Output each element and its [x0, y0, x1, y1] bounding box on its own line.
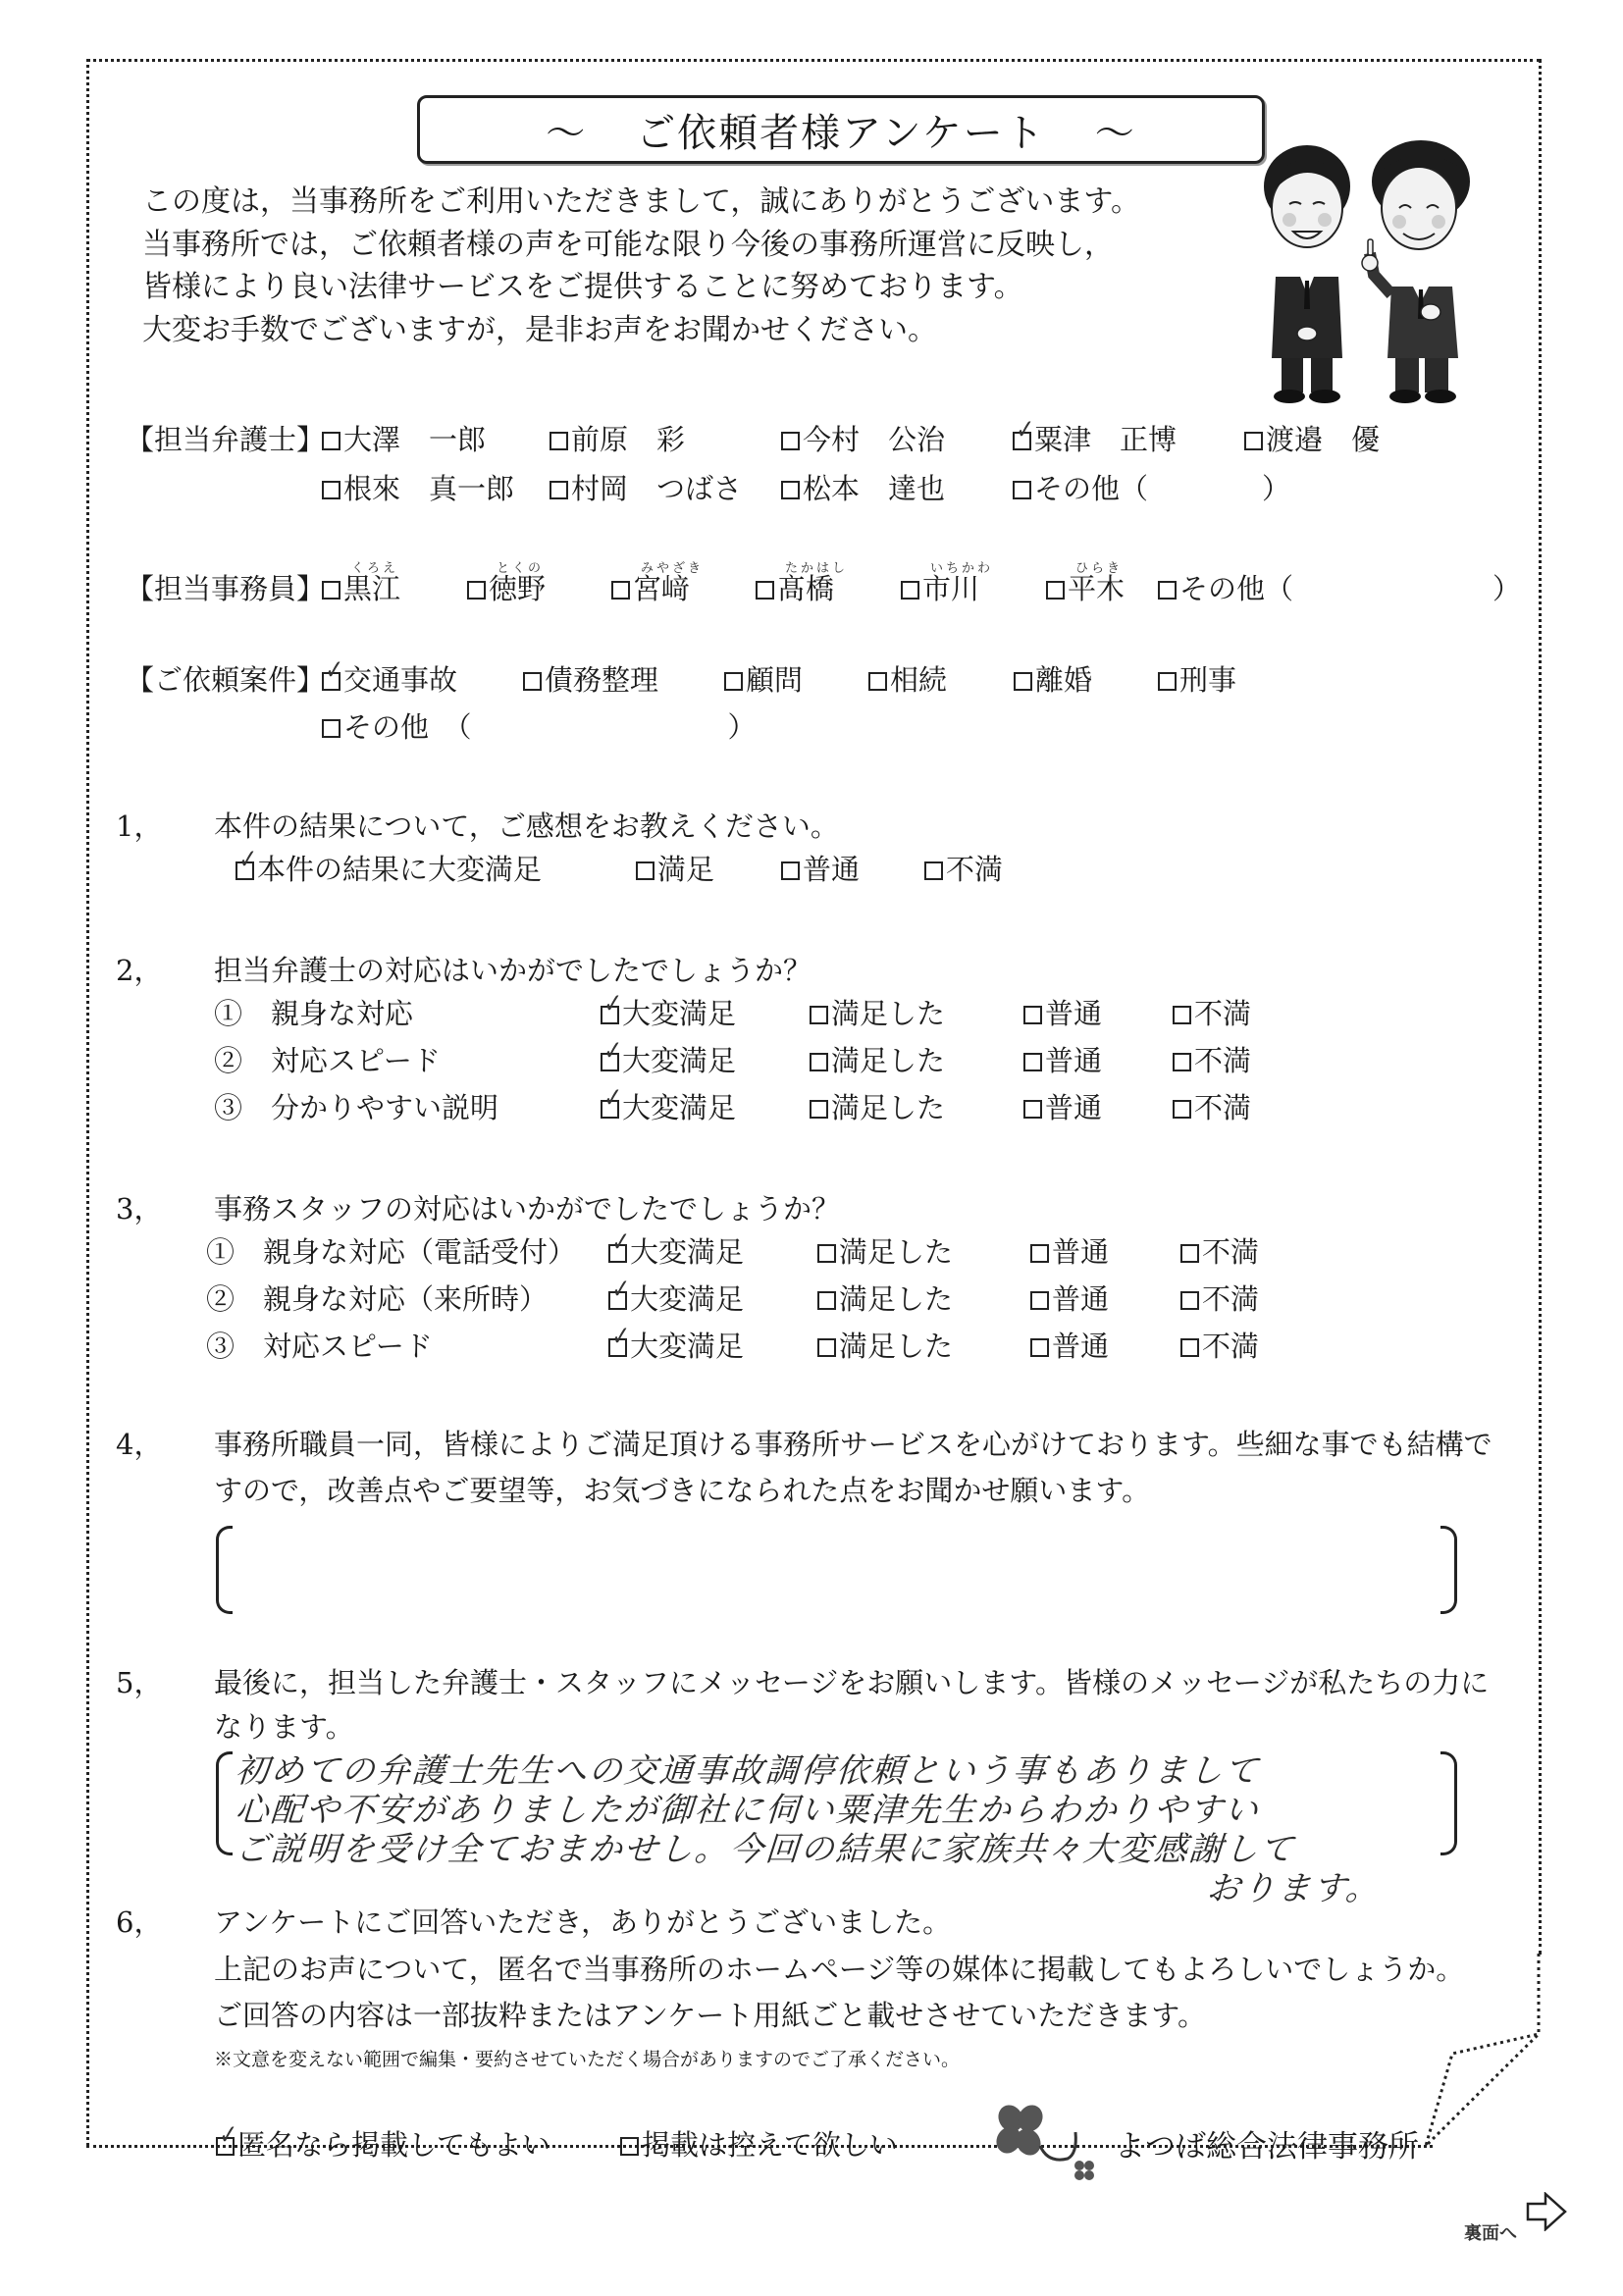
q2-option[interactable]: 満足した — [810, 1043, 945, 1078]
intro-paragraph: この度は，当事務所をご利用いただきまして，誠にありがとうございます。 当事務所で… — [142, 181, 1140, 351]
q5-answer-line: ご説明を受け全ておまかせし。今回の結果に家族共々大変感謝して — [234, 1822, 1296, 1870]
checkbox[interactable] — [1013, 481, 1031, 499]
checkbox[interactable] — [1173, 1100, 1191, 1119]
q3-option[interactable]: 不満 — [1180, 1281, 1259, 1317]
clover-icon — [989, 2105, 1117, 2183]
q1-text: 本件の結果について，ご感想をお教えください。 — [214, 805, 839, 845]
q1-option-checked[interactable]: 本件の結果に大変満足 — [236, 852, 542, 887]
bracket-right — [1440, 1526, 1457, 1614]
checkbox[interactable] — [1244, 432, 1263, 450]
checkbox[interactable] — [781, 432, 800, 450]
page-border-right — [1539, 59, 1542, 1955]
checkbox[interactable] — [467, 581, 486, 600]
checkbox[interactable] — [1180, 1291, 1199, 1310]
lawyers-illustration — [1246, 137, 1482, 407]
q3-option[interactable]: 満足した — [817, 1329, 953, 1364]
q3-grid: ① 親身な対応（電話受付） 大変満足 満足した 普通 不満 ② 親身な対応（来所… — [206, 1234, 1305, 1382]
staff-option[interactable]: くろえ黒江 — [322, 571, 400, 606]
checkbox[interactable] — [1173, 1053, 1191, 1071]
checkbox[interactable] — [1023, 1100, 1042, 1119]
checkbox[interactable] — [817, 1244, 836, 1263]
bracket-left — [216, 1751, 233, 1855]
checkbox-checked[interactable] — [601, 1006, 619, 1024]
checkbox[interactable] — [817, 1291, 836, 1310]
q2-option[interactable]: 不満 — [1173, 1043, 1251, 1078]
q3-row: ③ 対応スピード 大変満足 満足した 普通 不満 — [206, 1329, 1305, 1364]
q5-answer-line: おります。 — [1205, 1861, 1383, 1909]
checkbox[interactable] — [322, 719, 340, 738]
q2-option[interactable]: 普通 — [1023, 1090, 1102, 1125]
q2-option[interactable]: 普通 — [1023, 996, 1102, 1031]
staff-label: 【担当事務員】 — [126, 571, 325, 606]
staff-option[interactable]: いちかわ市川 — [901, 571, 979, 606]
title-tilde-left: ～ — [546, 102, 587, 158]
checkbox-checked[interactable] — [236, 861, 254, 880]
q3-option-checked[interactable]: 大変満足 — [608, 1329, 744, 1364]
title-text: ご依頼者様アンケート — [636, 102, 1046, 158]
case-option-checked[interactable]: 交通事故 — [322, 662, 457, 698]
checkbox[interactable] — [550, 432, 568, 450]
checkbox[interactable] — [781, 481, 800, 499]
case-option[interactable]: 顧問 — [724, 662, 803, 698]
checkbox[interactable] — [810, 1053, 828, 1071]
bracket-left — [216, 1526, 233, 1614]
q2-text: 担当弁護士の対応はいかがでしたでしょうか？ — [214, 949, 811, 989]
q2-row: ② 対応スピード 大変満足 満足した 普通 不満 — [214, 1043, 1293, 1078]
checkbox-checked[interactable] — [608, 1338, 627, 1357]
lawyer-option[interactable]: 今村 公治 — [781, 422, 945, 457]
q2-option[interactable]: 不満 — [1173, 1090, 1251, 1125]
checkbox[interactable] — [1046, 581, 1065, 600]
lawyer-option[interactable]: 大澤 一郎 — [322, 422, 486, 457]
checkbox-checked[interactable] — [608, 1244, 627, 1263]
case-section: 【ご依頼案件】 交通事故 債務整理 顧問 相続 離婚 刑事 その他 （ ） — [126, 662, 1499, 751]
q2-number: 2， — [116, 949, 162, 989]
case-option[interactable]: 相続 — [868, 662, 947, 698]
checkbox[interactable] — [810, 1100, 828, 1119]
q3-option[interactable]: 満足した — [817, 1234, 953, 1270]
q6-option-checked[interactable]: 匿名なら掲載してもよい — [216, 2127, 550, 2163]
staff-option-other[interactable]: その他（ ） — [1158, 571, 1521, 606]
checkbox[interactable] — [322, 481, 340, 499]
q3-option-checked[interactable]: 大変満足 — [608, 1281, 744, 1317]
q1-option[interactable]: 満足 — [636, 852, 714, 887]
staff-section: 【担当事務員】 くろえ黒江 とくの徳野 みやざき宮﨑 たかはし髙橋 いちかわ市川… — [126, 571, 1499, 610]
checkbox[interactable] — [1030, 1291, 1049, 1310]
q3-option[interactable]: 普通 — [1030, 1234, 1109, 1270]
checkbox-checked[interactable] — [608, 1291, 627, 1310]
q3-row: ② 親身な対応（来所時） 大変満足 満足した 普通 不満 — [206, 1281, 1305, 1317]
staff-option[interactable]: みやざき宮﨑 — [611, 571, 690, 606]
checkbox[interactable] — [322, 581, 340, 600]
q6-text-line: 上記のお声について，匿名で当事務所のホームページ等の媒体に掲載してもよろしいでし… — [214, 1948, 1464, 1988]
checkbox[interactable] — [1023, 1053, 1042, 1071]
case-option[interactable]: 刑事 — [1158, 662, 1236, 698]
checkbox[interactable] — [1030, 1338, 1049, 1357]
staff-option[interactable]: ひらき平木 — [1046, 571, 1125, 606]
checkbox[interactable] — [322, 432, 340, 450]
checkbox-checked[interactable] — [216, 2137, 235, 2156]
q6-number: 6， — [116, 1901, 162, 1941]
intro-line: 皆様により良い法律サービスをご提供することに努めております。 — [142, 266, 1140, 309]
case-option[interactable]: 離婚 — [1014, 662, 1092, 698]
q2-option[interactable]: 不満 — [1173, 996, 1251, 1031]
q5-answer-field[interactable]: 初めての弁護士先生への交通事故調停依頼という事もありまして 心配や不安がありまし… — [216, 1751, 1457, 1874]
page-border-left — [86, 59, 89, 2146]
lawyer-option-other[interactable]: その他（ ） — [1013, 471, 1290, 506]
q3-text: 事務スタッフの対応はいかがでしたでしょうか？ — [214, 1187, 840, 1227]
firm-name: よつば総合法律事務所 — [1115, 2121, 1419, 2166]
q2-option[interactable]: 満足した — [810, 996, 945, 1031]
q5-text-line: 最後に，担当した弁護士・スタッフにメッセージをお願いします。皆様のメッセージが私… — [214, 1661, 1489, 1701]
checkbox[interactable] — [523, 672, 542, 691]
q6-text-line: ご回答の内容は一部抜粋またはアンケート用紙ごと載せさせていただきます。 — [214, 1994, 1206, 2034]
page-border-top — [86, 59, 1541, 62]
q5-number: 5， — [116, 1661, 162, 1701]
q2-option[interactable]: 普通 — [1023, 1043, 1102, 1078]
q3-option[interactable]: 不満 — [1180, 1329, 1259, 1364]
checkbox-checked[interactable] — [601, 1100, 619, 1119]
q4-answer-field[interactable] — [216, 1526, 1457, 1614]
checkbox-checked[interactable] — [601, 1053, 619, 1071]
title-tilde-right: ～ — [1095, 102, 1136, 158]
checkbox[interactable] — [550, 481, 568, 499]
q6-options: 匿名なら掲載してもよい 掲載は控えて欲しい — [216, 2127, 962, 2166]
checkbox[interactable] — [1014, 672, 1032, 691]
checkbox[interactable] — [781, 861, 800, 880]
checkbox[interactable] — [1158, 672, 1177, 691]
q1-option[interactable]: 普通 — [781, 852, 860, 887]
q3-number: 3， — [116, 1187, 162, 1227]
q1-option[interactable]: 不満 — [924, 852, 1003, 887]
lawyer-option[interactable]: 渡邉 優 — [1244, 422, 1380, 457]
q4-text-line: すので，改善点やご要望等，お気づきになられた点をお聞かせ願います。 — [214, 1469, 1150, 1509]
lawyer-option[interactable]: 松本 達也 — [781, 471, 945, 506]
q3-option[interactable]: 満足した — [817, 1281, 953, 1317]
q1-options: 本件の結果に大変満足 満足 普通 不満 — [236, 852, 1119, 891]
lawyer-option[interactable]: 根來 真一郎 — [322, 471, 514, 506]
intro-line: 大変お手数でございますが，是非お声をお聞かせください。 — [142, 309, 1140, 352]
checkbox[interactable] — [868, 672, 887, 691]
q3-option[interactable]: 普通 — [1030, 1281, 1109, 1317]
q2-option-checked[interactable]: 大変満足 — [601, 996, 736, 1031]
checkbox[interactable] — [817, 1338, 836, 1357]
back-side-label[interactable]: 裏面へ — [1464, 2219, 1517, 2245]
lawyer-option-checked[interactable]: 粟津 正博 — [1013, 422, 1177, 457]
checkbox[interactable] — [924, 861, 943, 880]
q6-note: ※文意を変えない範囲で編集・要約させていただく場合がありますのでご了承ください。 — [214, 2045, 960, 2071]
checkbox[interactable] — [611, 581, 630, 600]
checkbox-checked[interactable] — [322, 672, 340, 691]
q6-text-line: アンケートにご回答いただき，ありがとうございました。 — [214, 1901, 951, 1941]
checkbox[interactable] — [1180, 1244, 1199, 1263]
checkbox[interactable] — [1030, 1244, 1049, 1263]
checkbox[interactable] — [901, 581, 919, 600]
lawyer-option[interactable]: 村岡 つばさ — [550, 471, 742, 506]
checkbox[interactable] — [1158, 581, 1177, 600]
checkbox[interactable] — [724, 672, 743, 691]
q3-option[interactable]: 不満 — [1180, 1234, 1259, 1270]
q4-number: 4， — [116, 1423, 162, 1463]
q6-option[interactable]: 掲載は控えて欲しい — [620, 2127, 898, 2163]
survey-title: ～ ご依頼者様アンケート ～ — [417, 95, 1265, 164]
q2-option[interactable]: 満足した — [810, 1090, 945, 1125]
q1-number: 1， — [116, 805, 162, 845]
staff-option[interactable]: たかはし髙橋 — [756, 571, 834, 606]
checkbox[interactable] — [620, 2137, 639, 2156]
arrow-right-icon[interactable] — [1526, 2192, 1567, 2231]
lawyer-label: 【担当弁護士】 — [126, 422, 325, 457]
checkbox-checked[interactable] — [1013, 432, 1031, 450]
q4-text-line: 事務所職員一同，皆様によりご満足頂ける事務所サービスを心がけております。些細な事… — [214, 1423, 1492, 1463]
checkbox[interactable] — [1023, 1006, 1042, 1024]
bracket-right — [1440, 1751, 1457, 1855]
q2-option-checked[interactable]: 大変満足 — [601, 1043, 736, 1078]
q3-option-checked[interactable]: 大変満足 — [608, 1234, 744, 1270]
q3-option[interactable]: 普通 — [1030, 1329, 1109, 1364]
q2-row: ③ 分かりやすい説明 大変満足 満足した 普通 不満 — [214, 1090, 1293, 1125]
q3-row: ① 親身な対応（電話受付） 大変満足 満足した 普通 不満 — [206, 1234, 1305, 1270]
checkbox[interactable] — [756, 581, 774, 600]
intro-line: この度は，当事務所をご利用いただきまして，誠にありがとうございます。 — [142, 181, 1140, 224]
lawyer-option[interactable]: 前原 彩 — [550, 422, 685, 457]
q2-row: ① 親身な対応 大変満足 満足した 普通 不満 — [214, 996, 1293, 1031]
case-label: 【ご依頼案件】 — [126, 662, 325, 698]
q2-grid: ① 親身な対応 大変満足 満足した 普通 不満 ② 対応スピード 大変満足 満足… — [214, 996, 1293, 1143]
case-option-other[interactable]: その他 （ ） — [322, 709, 757, 745]
checkbox[interactable] — [636, 861, 654, 880]
checkbox[interactable] — [1173, 1006, 1191, 1024]
case-option[interactable]: 債務整理 — [523, 662, 658, 698]
q2-option-checked[interactable]: 大変満足 — [601, 1090, 736, 1125]
checkbox[interactable] — [810, 1006, 828, 1024]
q5-text-line: なります。 — [214, 1705, 354, 1746]
checkbox[interactable] — [1180, 1338, 1199, 1357]
staff-option[interactable]: とくの徳野 — [467, 571, 546, 606]
intro-line: 当事務所では，ご依頼者様の声を可能な限り今後の事務所運営に反映し， — [142, 224, 1140, 267]
